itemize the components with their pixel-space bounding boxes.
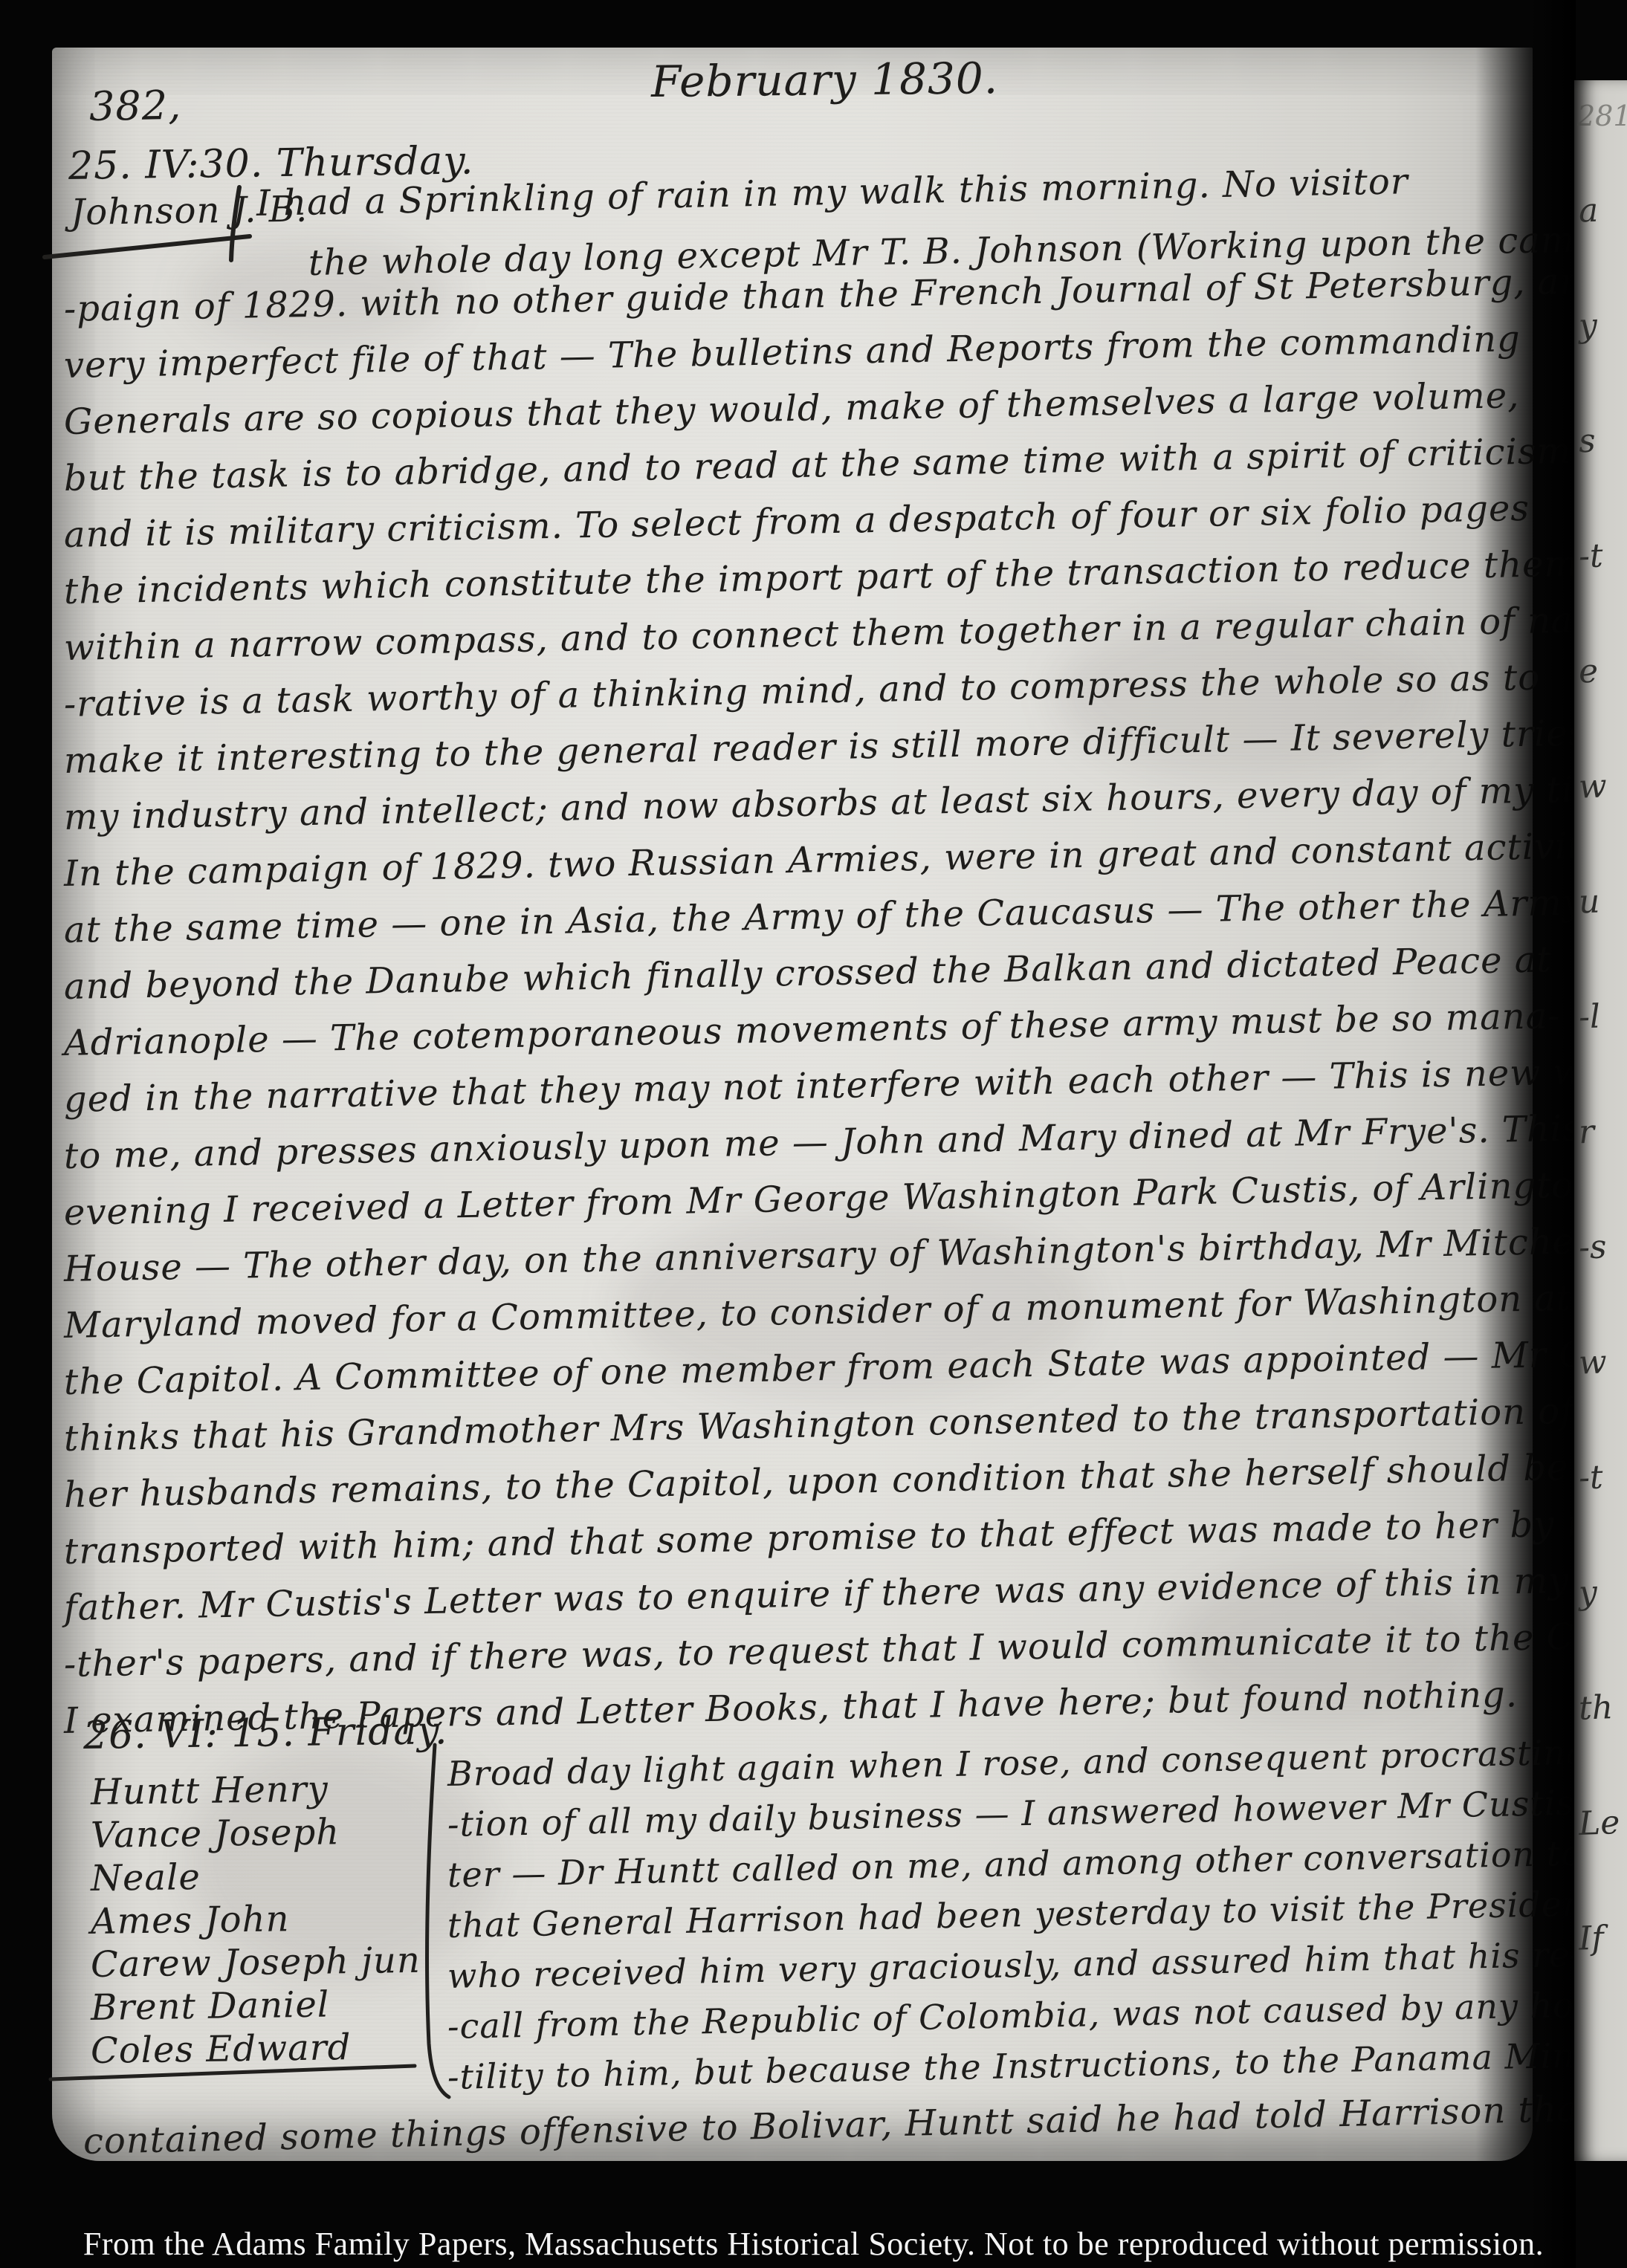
margin-visitor-name: Brent Daniel xyxy=(91,1984,330,2029)
facing-text-fragment: If xyxy=(1578,1919,1604,1957)
facing-text-fragment: y xyxy=(1578,1574,1598,1613)
scanned-manuscript-page: 382, February 1830. 25. IV:30. Thursday.… xyxy=(0,0,1627,2268)
margin-visitor-name: Vance Joseph xyxy=(91,1811,340,1856)
page-number: 382, xyxy=(88,82,181,130)
facing-page-edge: 281 a y s -t e w u -l r -s w -t y th Le … xyxy=(1574,80,1627,2161)
facing-page-number: 281 xyxy=(1577,100,1627,132)
archive-credit: From the Adams Family Papers, Massachuse… xyxy=(0,2225,1627,2263)
book-gutter-shadow xyxy=(1475,0,1576,2268)
margin-visitor-name: Coles Edward xyxy=(91,2026,352,2072)
facing-text-fragment: w xyxy=(1578,1343,1607,1381)
margin-visitor-name: Carew Joseph jun xyxy=(91,1940,421,1986)
margin-visitor-name: Huntt Henry xyxy=(91,1769,329,1813)
facing-text-fragment: th xyxy=(1578,1688,1614,1728)
facing-text-fragment: -t xyxy=(1578,537,1603,575)
month-header: February 1830. xyxy=(651,53,999,107)
margin-visitor-name: Neale xyxy=(91,1856,201,1899)
facing-text-fragment: w xyxy=(1578,767,1607,806)
facing-text-fragment: Le xyxy=(1578,1804,1620,1843)
entry-date-heading-friday: 26. VI: 15. Friday. xyxy=(83,1708,448,1758)
facing-text-fragment: r xyxy=(1578,1113,1595,1152)
facing-text-fragment: -t xyxy=(1578,1458,1603,1497)
facing-text-fragment: -l xyxy=(1578,998,1601,1037)
facing-text-fragment: a xyxy=(1578,192,1599,230)
facing-text-fragment: y xyxy=(1578,307,1598,346)
facing-text-fragment: e xyxy=(1578,652,1599,691)
facing-text-fragment: u xyxy=(1578,883,1600,921)
facing-text-fragment: s xyxy=(1578,422,1596,461)
facing-text-fragment: -s xyxy=(1578,1228,1607,1266)
margin-visitor-name: Ames John xyxy=(91,1898,290,1943)
